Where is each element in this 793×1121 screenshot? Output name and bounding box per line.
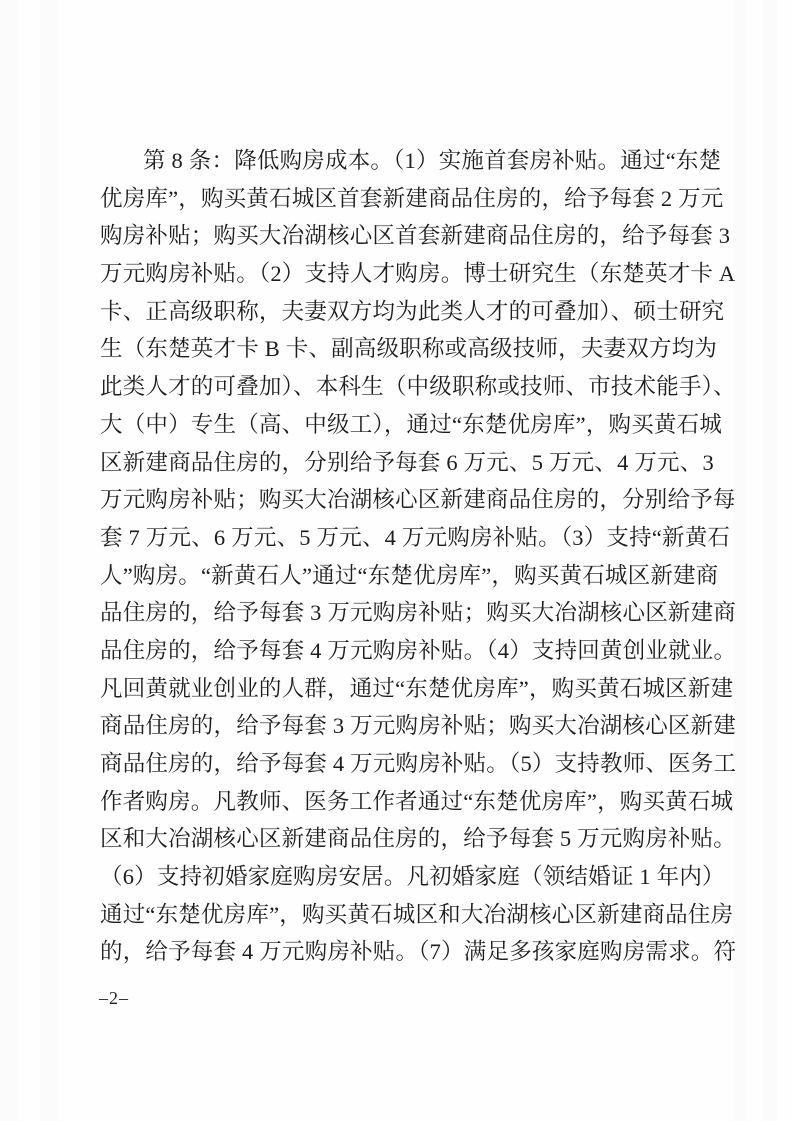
scan-artifact-right	[733, 0, 793, 1121]
text-line: 第 8 条：降低购房成本。（1）实施首套房补贴。通过“东楚	[100, 142, 691, 180]
text-line: 大（中）专生（高、中级工），通过“东楚优房库”，购买黄石城	[100, 406, 691, 444]
text-line: 万元购房补贴。（2）支持人才购房。博士研究生（东楚英才卡 A	[100, 255, 691, 293]
scan-artifact-left	[0, 0, 70, 1121]
text-line: 商品住房的，给予每套 3 万元购房补贴；购买大冶湖核心区新建	[100, 707, 691, 745]
page-number: –2–	[99, 988, 129, 1009]
text-line: 凡回黄就业创业的人群，通过“东楚优房库”，购买黄石城区新建	[100, 670, 691, 708]
text-line: 的，给予每套 4 万元购房补贴。（7）满足多孩家庭购房需求。符	[100, 933, 691, 971]
text-line: 万元购房补贴；购买大冶湖核心区新建商品住房的，分别给予每	[100, 481, 691, 519]
text-line: 作者购房。凡教师、医务工作者通过“东楚优房库”，购买黄石城	[100, 783, 691, 821]
text-line: 此类人才的可叠加）、本科生（中级职称或技师、市技术能手）、	[100, 368, 691, 406]
text-line: 通过“东楚优房库”，购买黄石城区和大冶湖核心区新建商品住房	[100, 896, 691, 934]
text-line: 区和大冶湖核心区新建商品住房的，给予每套 5 万元购房补贴。	[100, 820, 691, 858]
text-line: 套 7 万元、6 万元、5 万元、4 万元购房补贴。（3）支持“新黄石	[100, 519, 691, 557]
text-line: 卡、正高级职称，夫妻双方均为此类人才的可叠加）、硕士研究	[100, 293, 691, 331]
text-line: 区新建商品住房的，分别给予每套 6 万元、5 万元、4 万元、3	[100, 444, 691, 482]
text-line: 生（东楚英才卡 B 卡、副高级职称或高级技师，夫妻双方均为	[100, 330, 691, 368]
text-line: 商品住房的，给予每套 4 万元购房补贴。（5）支持教师、医务工	[100, 745, 691, 783]
scanned-document-page: 第 8 条：降低购房成本。（1）实施首套房补贴。通过“东楚 优房库”，购买黄石城…	[0, 0, 793, 1121]
text-line: 品住房的，给予每套 3 万元购房补贴；购买大冶湖核心区新建商	[100, 594, 691, 632]
text-line: 人”购房。“新黄石人”通过“东楚优房库”，购买黄石城区新建商	[100, 557, 691, 595]
text-line: 购房补贴；购买大冶湖核心区首套新建商品住房的，给予每套 3	[100, 217, 691, 255]
text-line: 优房库”，购买黄石城区首套新建商品住房的，给予每套 2 万元	[100, 180, 691, 218]
document-body: 第 8 条：降低购房成本。（1）实施首套房补贴。通过“东楚 优房库”，购买黄石城…	[100, 142, 691, 971]
text-line: 品住房的，给予每套 4 万元购房补贴。（4）支持回黄创业就业。	[100, 632, 691, 670]
text-line: （6）支持初婚家庭购房安居。凡初婚家庭（领结婚证 1 年内）	[100, 858, 691, 896]
